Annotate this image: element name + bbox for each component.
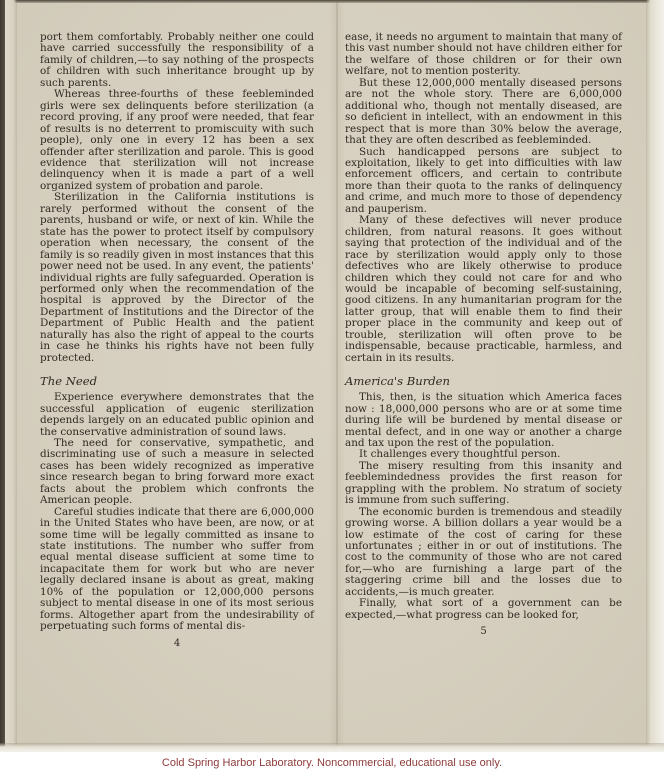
paragraph: Many of these defectives will never prod…: [345, 215, 622, 364]
attribution-caption: Cold Spring Harbor Laboratory. Noncommer…: [162, 757, 502, 769]
paragraph: Experience everywhere demonstrates that …: [40, 392, 314, 438]
paragraph: Finally, what sort of a government can b…: [345, 598, 622, 621]
paragraph: The need for conservative, sympathetic, …: [40, 438, 314, 507]
page-number: 4: [40, 638, 314, 649]
paragraph: This, then, is the situation which Ameri…: [345, 392, 622, 449]
section-heading: America's Burden: [345, 375, 622, 387]
book-scan: port them comfortably. Probably neither …: [0, 0, 664, 752]
paragraph: The misery resulting from this insanity …: [345, 461, 622, 507]
paragraph: The economic burden is tremendous and st…: [345, 507, 622, 599]
paragraph: Such handicapped persons are subject to …: [345, 147, 622, 216]
scan-bottom-edge: [0, 743, 664, 752]
paragraph: Whereas three-fourths of these feeblemin…: [40, 89, 314, 192]
paragraph: ease, it needs no argument to maintain t…: [345, 32, 622, 78]
paragraph: port them comfortably. Probably neither …: [40, 32, 314, 89]
footer-strip: Cold Spring Harbor Laboratory. Noncommer…: [0, 752, 664, 773]
book-gutter-crease: [329, 0, 345, 752]
paragraph: Sterilization in the California institut…: [40, 192, 314, 364]
left-page-column: port them comfortably. Probably neither …: [40, 32, 314, 649]
right-page-column: ease, it needs no argument to maintain t…: [345, 32, 622, 638]
paragraph: Careful studies indicate that there are …: [40, 507, 314, 633]
section-heading: The Need: [40, 375, 314, 387]
paragraph: But these 12,000,000 mentally diseased p…: [345, 78, 622, 147]
page-number: 5: [345, 626, 622, 637]
page-left-edge: [5, 0, 17, 749]
page-right-edge: [646, 0, 664, 752]
